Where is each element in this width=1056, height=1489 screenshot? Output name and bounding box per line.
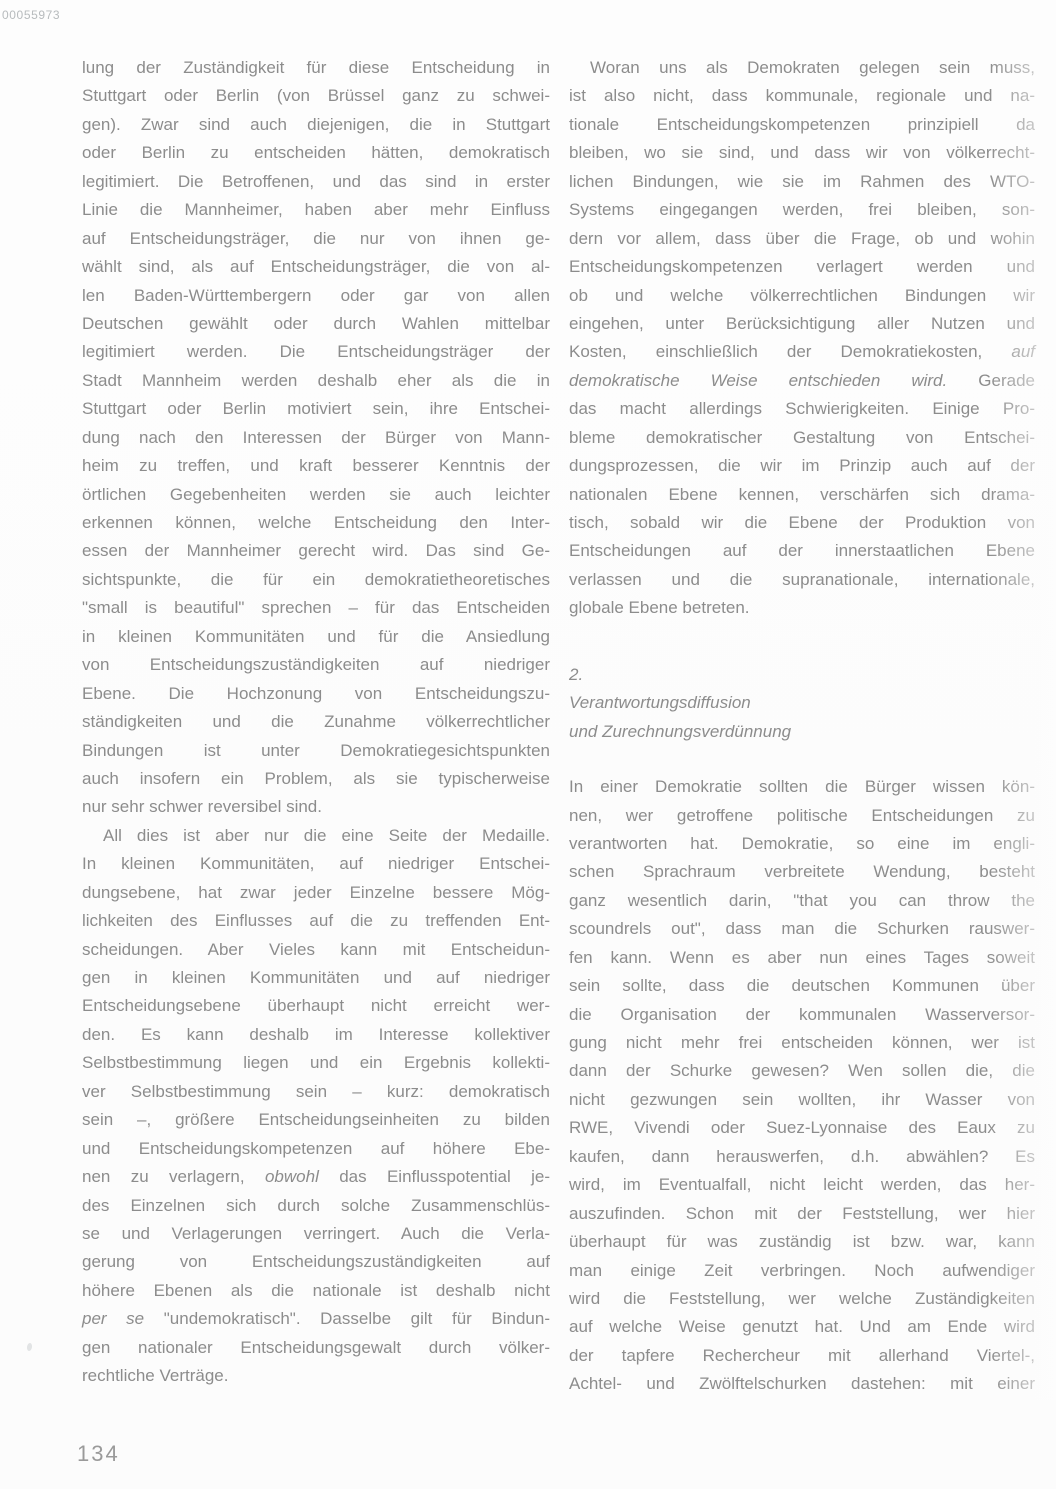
text-line: legitimiert. Die Betroffenen, und das si… (82, 168, 550, 196)
text-line: Entscheidungsebene überhaupt nicht errei… (82, 992, 550, 1020)
paragraph: Woran uns als Demokraten gelegen sein mu… (569, 54, 1035, 623)
text-line: dungsebene, hat zwar jeder Einzelne bess… (82, 879, 550, 907)
text-line: nationalen Ebene kennen, verschärfen sic… (569, 481, 1035, 509)
text-line: In kleinen Kommunitäten, auf niedriger E… (82, 850, 550, 878)
paragraph: lung der Zuständigkeit für diese Entsche… (82, 54, 550, 822)
right-column: Woran uns als Demokraten gelegen sein mu… (569, 54, 1035, 1399)
text-line: fen kann. Wenn es aber nun eines Tages s… (569, 944, 1035, 972)
text-line: tionale Entscheidungskompetenzen prinzip… (569, 111, 1035, 139)
text-line: auszufinden. Schon mit der Feststellung,… (569, 1200, 1035, 1228)
text-line: nicht gezwungen sein wollten, ihr Wasser… (569, 1086, 1035, 1114)
text-line: lung der Zuständigkeit für diese Entsche… (82, 54, 550, 82)
text-line: heim zu treffen, und kraft besserer Kenn… (82, 452, 550, 480)
text-line: per se "undemokratisch". Dasselbe gilt f… (82, 1305, 550, 1333)
text-line: lichkeiten des Einflusses auf die zu tre… (82, 907, 550, 935)
text-line: verlassen und die supranationale, intern… (569, 566, 1035, 594)
text-line: se und Verlagerungen verringert. Auch di… (82, 1220, 550, 1248)
text-line: dung nach den Interessen der Bürger von … (82, 424, 550, 452)
scanned-book-page: 00055973 lung der Zuständigkeit für dies… (0, 0, 1056, 1489)
text-line: dern vor allem, dass über die Frage, ob … (569, 225, 1035, 253)
text-line: ist also nicht, dass kommunale, regional… (569, 82, 1035, 110)
text-line: ver Selbstbestimmung sein – kurz: demokr… (82, 1078, 550, 1106)
text-line: höhere Ebenen als die nationale ist desh… (82, 1277, 550, 1305)
text-line: nen zu verlagern, obwohl das Einflusspot… (82, 1163, 550, 1191)
text-line: und Zurechnungsverdünnung (569, 718, 1035, 746)
text-line: Bindungen ist unter Demokratiegesichtspu… (82, 737, 550, 765)
text-line: scoundrels out", dass man die Schurken r… (569, 915, 1035, 943)
text-line: das macht allerdings Schwierigkeiten. Ei… (569, 395, 1035, 423)
text-line: ständigkeiten und die Zunahme völkerrech… (82, 708, 550, 736)
text-line: die Organisation der kommunalen Wasserve… (569, 1001, 1035, 1029)
text-line: Stuttgart oder Berlin motiviert sein, ih… (82, 395, 550, 423)
text-line: auf welche Weise genutzt hat. Und am End… (569, 1313, 1035, 1341)
page-number: 134 (77, 1441, 120, 1467)
text-line: dungsprozessen, die wir im Prinzip auch … (569, 452, 1035, 480)
text-line: gen). Zwar sind auch diejenigen, die in … (82, 111, 550, 139)
text-line: Stuttgart oder Berlin (von Brüssel ganz … (82, 82, 550, 110)
left-column: lung der Zuständigkeit für diese Entsche… (82, 54, 550, 1391)
text-line: Achtel- und Zwölftelschurken dastehen: m… (569, 1370, 1035, 1398)
text-line: oder Berlin zu entscheiden hätten, demok… (82, 139, 550, 167)
scan-id-stamp: 00055973 (2, 8, 60, 22)
text-line: Entscheidungen auf der innerstaatlichen … (569, 537, 1035, 565)
text-line: wählt sind, als auf Entscheidungsträger,… (82, 253, 550, 281)
text-line: wird die Feststellung, wer welche Zustän… (569, 1285, 1035, 1313)
text-line: In einer Demokratie sollten die Bürger w… (569, 773, 1035, 801)
text-line: nur sehr schwer reversibel sind. (82, 793, 550, 821)
text-line: gerung von Entscheidungszuständigkeiten … (82, 1248, 550, 1276)
text-line: wird, im Eventualfall, nicht leicht werd… (569, 1171, 1035, 1199)
text-line: Systems eingegangen werden, frei bleiben… (569, 196, 1035, 224)
stray-mark-artifact (26, 1343, 32, 1352)
text-line: Ebene. Die Hochzonung von Entscheidungsz… (82, 680, 550, 708)
text-line: "small is beautiful" sprechen – für das … (82, 594, 550, 622)
text-line: legitimiert werden. Die Entscheidungsträ… (82, 338, 550, 366)
text-line: man einige Zeit verbringen. Noch aufwend… (569, 1257, 1035, 1285)
section-heading: 2.Verantwortungsdiffusionund Zurechnungs… (569, 661, 1035, 746)
text-line: sein sollte, dass die deutschen Kommunen… (569, 972, 1035, 1000)
text-line: tisch, sobald wir die Ebene der Produkti… (569, 509, 1035, 537)
text-line: globale Ebene betreten. (569, 594, 1035, 622)
text-line: den. Es kann deshalb im Interesse kollek… (82, 1021, 550, 1049)
text-line: ganz wesentlich darin, "that you can thr… (569, 887, 1035, 915)
text-line: rechtliche Verträge. (82, 1362, 550, 1390)
text-line: Selbstbestimmung liegen und ein Ergebnis… (82, 1049, 550, 1077)
paragraph: All dies ist aber nur die eine Seite der… (82, 822, 550, 1391)
text-line: erkennen können, welche Entscheidung den… (82, 509, 550, 537)
text-line: sein –, größere Entscheidungseinheiten z… (82, 1106, 550, 1134)
text-line: Linie die Mannheimer, haben aber mehr Ei… (82, 196, 550, 224)
text-line: bleiben, wo sie sind, und dass wir von v… (569, 139, 1035, 167)
text-line: essen der Mannheimer gerecht wird. Das s… (82, 537, 550, 565)
text-line: sichtspunkte, die für ein demokratietheo… (82, 566, 550, 594)
text-line: gen nationaler Entscheidungsgewalt durch… (82, 1334, 550, 1362)
text-line: überhaupt für was zuständig ist bzw. war… (569, 1228, 1035, 1256)
text-line: der tapfere Rechercheur mit allerhand Vi… (569, 1342, 1035, 1370)
text-line: demokratische Weise entschieden wird. Ge… (569, 367, 1035, 395)
text-line: Verantwortungsdiffusion (569, 689, 1035, 717)
text-line: auf Entscheidungsträger, die nur von ihn… (82, 225, 550, 253)
text-line: ob und welche völkerrechtlichen Bindunge… (569, 282, 1035, 310)
text-line: verantworten hat. Demokratie, so eine im… (569, 830, 1035, 858)
text-line: lichen Bindungen, wie sie im Rahmen des … (569, 168, 1035, 196)
text-line: in kleinen Kommunitäten und für die Ansi… (82, 623, 550, 651)
text-line: Entscheidungskompetenzen verlagert werde… (569, 253, 1035, 281)
paragraph: In einer Demokratie sollten die Bürger w… (569, 773, 1035, 1399)
text-line: eingehen, unter Berücksichtigung aller N… (569, 310, 1035, 338)
text-line: scheidungen. Aber Vieles kann mit Entsch… (82, 936, 550, 964)
text-line: Woran uns als Demokraten gelegen sein mu… (569, 54, 1035, 82)
text-line: bleme demokratischer Gestaltung von Ents… (569, 424, 1035, 452)
text-line: gung nicht mehr frei entscheiden können,… (569, 1029, 1035, 1057)
text-line: len Baden-Württembergern oder gar von al… (82, 282, 550, 310)
text-line: schen Sprachraum verbreitete Wendung, be… (569, 858, 1035, 886)
text-line: RWE, Vivendi oder Suez-Lyonnaise des Eau… (569, 1114, 1035, 1142)
text-line: des Einzelnen sich durch solche Zusammen… (82, 1192, 550, 1220)
text-line: örtlichen Gegebenheiten werden sie auch … (82, 481, 550, 509)
text-line: All dies ist aber nur die eine Seite der… (82, 822, 550, 850)
text-line: nen, wer getroffene politische Entscheid… (569, 802, 1035, 830)
text-line: Deutschen gewählt oder durch Wahlen mitt… (82, 310, 550, 338)
text-line: von Entscheidungszuständigkeiten auf nie… (82, 651, 550, 679)
text-line: kaufen, dann herauswerfen, d.h. abwählen… (569, 1143, 1035, 1171)
text-line: Kosten, einschließlich der Demokratiekos… (569, 338, 1035, 366)
text-line: gen in kleinen Kommunitäten und auf nied… (82, 964, 550, 992)
text-line: 2. (569, 661, 1035, 689)
text-line: Stadt Mannheim werden deshalb eher als d… (82, 367, 550, 395)
text-line: dann der Schurke gewesen? Wen sollen die… (569, 1057, 1035, 1085)
text-line: und Entscheidungskompetenzen auf höhere … (82, 1135, 550, 1163)
text-line: auch insofern ein Problem, als sie typis… (82, 765, 550, 793)
